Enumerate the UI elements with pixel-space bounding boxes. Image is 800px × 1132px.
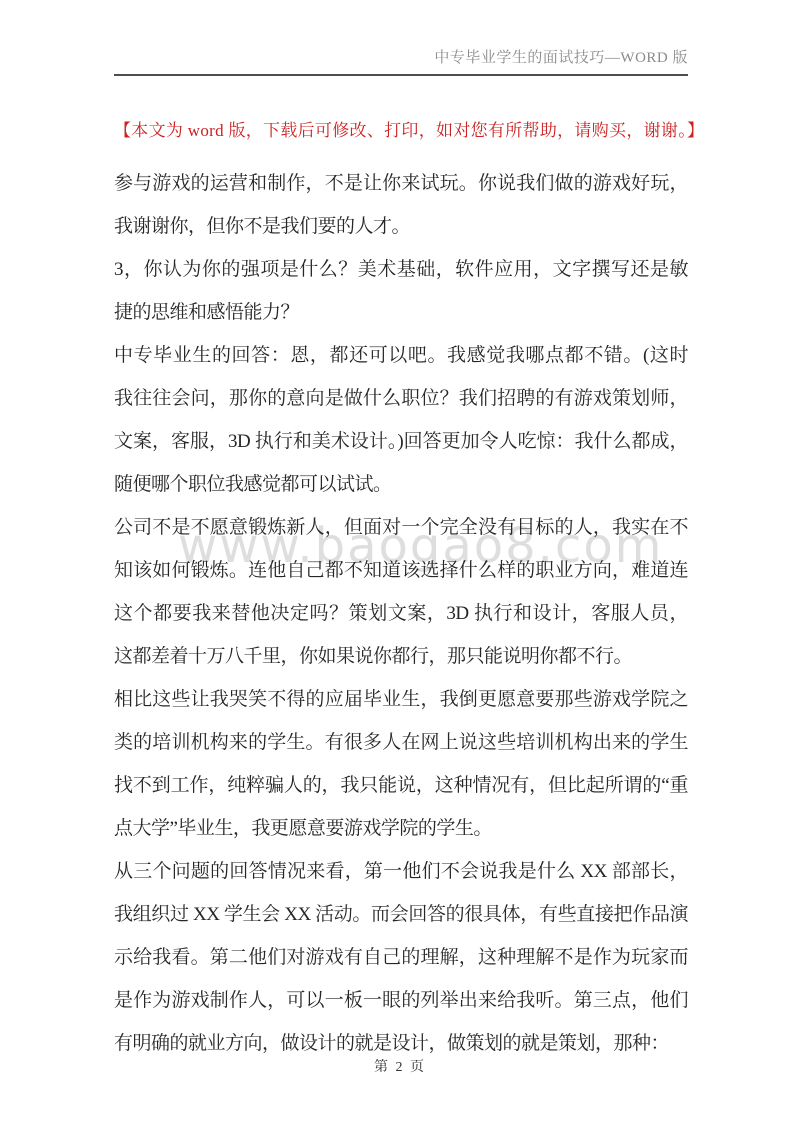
body-line: 这都差着十万八千里，你如果说你都行，那只能说明你都不行。 xyxy=(114,635,688,678)
document-page: 中专毕业学生的面试技巧—WORD 版 【本文为 word 版，下载后可修改、打印… xyxy=(0,0,800,1132)
body-line: 类的培训机构来的学生。有很多人在网上说这些培训机构出来的学生 xyxy=(114,721,688,764)
body-line: 从三个问题的回答情况来看，第一他们不会说我是什么 XX 部部长， xyxy=(114,850,688,893)
body-line: 是作为游戏制作人，可以一板一眼的列举出来给我听。第三点，他们 xyxy=(114,979,688,1022)
purchase-notice: 【本文为 word 版，下载后可修改、打印，如对您有所帮助，请购买，谢谢。】 xyxy=(114,116,714,141)
body-line: 中专毕业生的回答：恩，都还可以吧。我感觉我哪点都不错。(这时 xyxy=(114,334,688,377)
body-line: 知该如何锻炼。连他自己都不知道该选择什么样的职业方向，难道连 xyxy=(114,549,688,592)
body-line: 示给我看。第二他们对游戏有自己的理解，这种理解不是作为玩家而 xyxy=(114,936,688,979)
body-line: 随便哪个职位我感觉都可以试试。 xyxy=(114,463,688,506)
body-line: 我谢谢你，但你不是我们要的人才。 xyxy=(114,205,688,248)
body-line: 公司不是不愿意锻炼新人，但面对一个完全没有目标的人，我实在不 xyxy=(114,506,688,549)
footer-page-number: 第 2 页 xyxy=(0,1056,800,1076)
body-line: 我往往会问，那你的意向是做什么职位？我们招聘的有游戏策划师， xyxy=(114,377,688,420)
page-header-title: 中专毕业学生的面试技巧—WORD 版 xyxy=(114,46,688,76)
body-line: 相比这些让我哭笑不得的应届毕业生，我倒更愿意要那些游戏学院之 xyxy=(114,678,688,721)
body-line: 我组织过 XX 学生会 XX 活动。而会回答的很具体，有些直接把作品演 xyxy=(114,893,688,936)
body-line: 点大学”毕业生，我更愿意要游戏学院的学生。 xyxy=(114,807,688,850)
body-line: 参与游戏的运营和制作，不是让你来试玩。你说我们做的游戏好玩， xyxy=(114,162,688,205)
body-line: 找不到工作，纯粹骗人的，我只能说，这种情况有，但比起所谓的“重 xyxy=(114,764,688,807)
body-line: 文案，客服，3D 执行和美术设计。)回答更加令人吃惊：我什么都成， xyxy=(114,420,688,463)
body-line: 这个都要我来替他决定吗？策划文案，3D 执行和设计，客服人员， xyxy=(114,592,688,635)
body-line: 捷的思维和感悟能力？ xyxy=(114,291,688,334)
document-body: 参与游戏的运营和制作，不是让你来试玩。你说我们做的游戏好玩， 我谢谢你，但你不是… xyxy=(114,162,688,1065)
body-line: 3，你认为你的强项是什么？美术基础，软件应用，文字撰写还是敏 xyxy=(114,248,688,291)
